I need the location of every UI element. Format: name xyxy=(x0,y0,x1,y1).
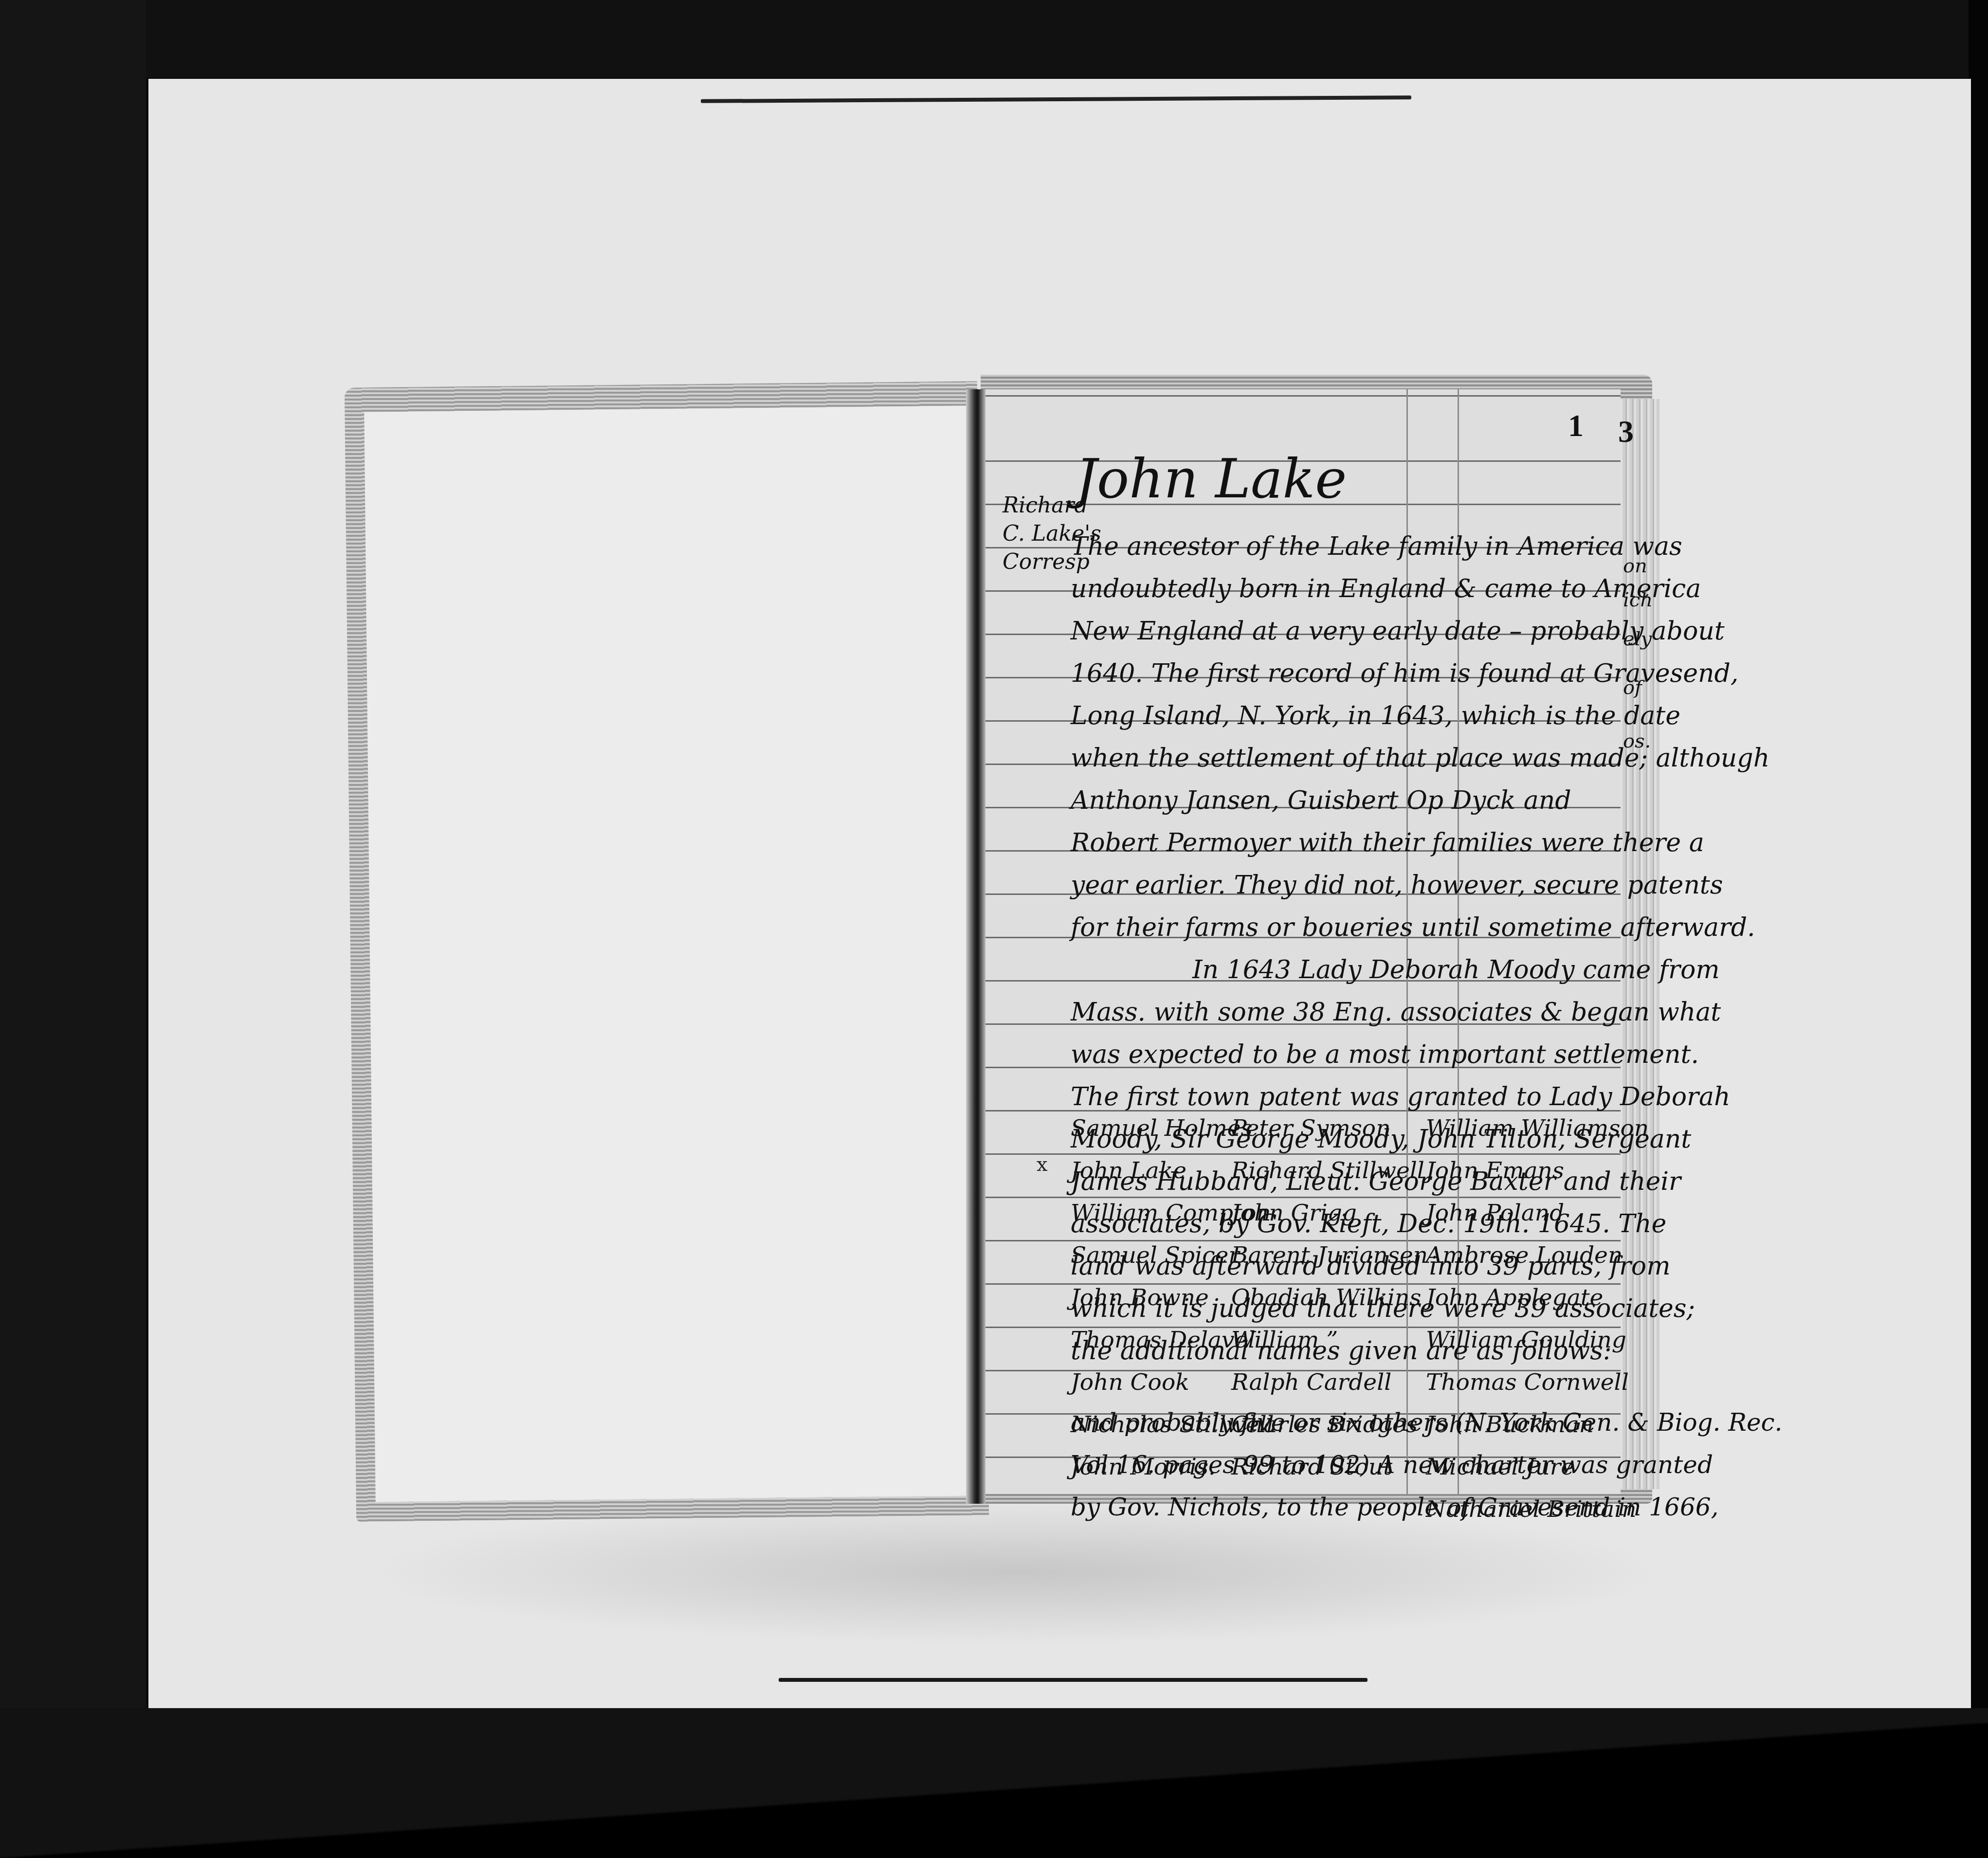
page-title: John Lake xyxy=(1076,448,1347,510)
margin-fragment: of xyxy=(1623,676,1642,699)
text-line: year earlier. They did not, however, sec… xyxy=(1071,864,1769,907)
x-mark: x xyxy=(1037,1153,1048,1176)
text-line: and probably five or six others (N. York… xyxy=(1071,1402,1782,1444)
text-line: Vol 16. pages 99 to 102) A new charter w… xyxy=(1071,1444,1782,1486)
page-number: 1 xyxy=(1568,408,1584,444)
blank-left-page xyxy=(364,406,979,1502)
film-border-left xyxy=(0,0,146,1858)
list-row: John LakeRichard StillwellJohn Emans xyxy=(1071,1149,1621,1192)
text-line: Anthony Jansen, Guisbert Op Dyck and xyxy=(1071,780,1769,822)
list-row: Samuel HolmesPeter SymsonWilliam William… xyxy=(1071,1107,1621,1149)
text-line: Robert Permoyer with their families were… xyxy=(1071,822,1769,864)
closing-text: and probably five or six others (N. York… xyxy=(1071,1402,1782,1529)
margin-fragment: ich xyxy=(1623,589,1653,611)
margin-fragment: on xyxy=(1623,555,1647,577)
text-line: when the settlement of that place was ma… xyxy=(1071,737,1769,780)
registration-line-bottom xyxy=(779,1678,1368,1682)
list-row: Samuel SpicerBarent JuriansenAmbrose Lou… xyxy=(1071,1234,1621,1276)
list-row: John CookRalph CardellThomas Cornwell xyxy=(1071,1361,1621,1403)
text-line: In 1643 Lady Deborah Moody came from xyxy=(1071,949,1769,991)
text-line: by Gov. Nichols, to the people of Graves… xyxy=(1071,1486,1782,1529)
text-line: for their farms or boueries until someti… xyxy=(1071,907,1769,949)
text-line: 1640. The first record of him is found a… xyxy=(1071,653,1769,695)
film-border-corner xyxy=(0,1723,1988,1858)
text-line: Long Island, N. York, in 1643, which is … xyxy=(1071,695,1769,737)
list-row: William ComptonJohn GriggJohn Poland xyxy=(1071,1192,1621,1234)
book-spine xyxy=(966,389,985,1504)
text-line: was expected to be a most important sett… xyxy=(1071,1034,1769,1076)
text-line: The ancestor of the Lake family in Ameri… xyxy=(1071,526,1769,568)
text-line: New England at a very early date – proba… xyxy=(1071,610,1769,653)
margin-fragment: ely xyxy=(1623,628,1652,650)
film-border-top xyxy=(0,0,1988,78)
page-number: 3 xyxy=(1618,414,1634,450)
text-line: Mass. with some 38 Eng. associates & beg… xyxy=(1071,991,1769,1034)
margin-fragment: os. xyxy=(1623,730,1651,752)
list-row: John BowneObadiah WilkinsJohn Applegate xyxy=(1071,1276,1621,1319)
list-row: Thomas DelavelWilliam ”William Goulding xyxy=(1071,1319,1621,1361)
film-border-right xyxy=(1969,0,1988,1858)
text-line: undoubtedly born in England & came to Am… xyxy=(1071,568,1769,610)
